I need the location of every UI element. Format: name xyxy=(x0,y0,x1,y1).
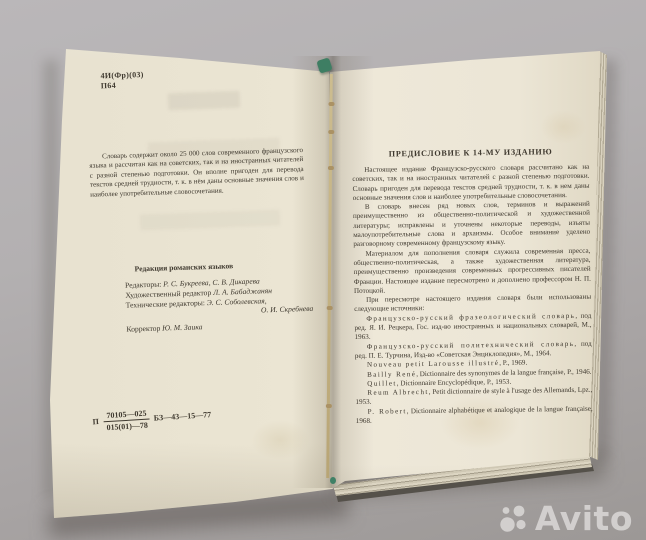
source-name: Quillet xyxy=(367,379,397,387)
credit-role: Технические редакторы: xyxy=(126,298,207,310)
thread-knot xyxy=(328,130,334,134)
source-entry: P. Robert, Dictionnaire alphabétique et … xyxy=(356,404,593,426)
credit-role: Корректор xyxy=(126,324,162,334)
preface-paragraph: Материалом для пополнения словаря служил… xyxy=(353,246,591,296)
credit-role: Редакторы: xyxy=(125,280,163,290)
source-details: , P., 1969. xyxy=(499,359,527,367)
page-stain xyxy=(250,420,310,460)
preface-title: ПРЕДИСЛОВИЕ К 14-МУ ИЗДАНИЮ xyxy=(352,147,589,159)
right-page-content: ПРЕДИСЛОВИЕ К 14-МУ ИЗДАНИЮ Настоящее из… xyxy=(352,147,593,427)
avito-logo-icon xyxy=(499,503,530,534)
source-details: , Dictionnaire Encyclopédique, P., 1953. xyxy=(397,378,512,388)
source-name: P. Robert xyxy=(368,407,407,416)
thread-knot xyxy=(328,102,334,106)
green-thread-bottom xyxy=(330,477,336,484)
credit-line: О. И. Скребнева xyxy=(261,304,316,316)
credit-names: Э. С. Соболевская, xyxy=(207,296,267,307)
preface-paragraph: Настоящее издание Французско-русского сл… xyxy=(352,163,589,203)
page-stain xyxy=(540,110,586,144)
formula-prefix: П xyxy=(92,417,99,426)
formula-suffix: БЗ—43—15—77 xyxy=(153,410,211,422)
source-name: Nouveau petit Larousse illustré xyxy=(367,359,499,369)
credit-names: О. И. Скребнева xyxy=(261,304,314,315)
avito-wordmark: Avito xyxy=(535,502,633,535)
formula-fraction: 70105—025015(01)—78 xyxy=(103,409,150,433)
editorial-heading: Редакция романских языков xyxy=(134,259,314,274)
credit-names: Ю. М. Заика xyxy=(162,323,203,333)
avito-watermark: Avito xyxy=(499,502,633,535)
classification-code: 4И(Фр)(03) П64 xyxy=(100,65,308,91)
source-name: Bailly René xyxy=(367,370,416,379)
thread-knot xyxy=(326,306,332,310)
left-page-content: 4И(Фр)(03) П64 Словарь содержит около 25… xyxy=(80,53,317,336)
thread-knot xyxy=(327,166,333,170)
source-name: Reum Albrecht xyxy=(367,388,428,397)
source-entry: Французско-русский фразеологический слов… xyxy=(354,311,591,342)
preface-paragraph: В словарь внесен ряд новых слов, термино… xyxy=(353,200,591,250)
annotation-text: Словарь содержит около 25 000 слов совре… xyxy=(89,146,304,200)
thread-knot xyxy=(325,404,331,408)
credits-block: Редакторы: Р. С. Букреева, С. В. Дикарев… xyxy=(125,275,317,335)
source-details: , Dictionnaire des synonymes de la langu… xyxy=(416,367,591,377)
book-photo-scene: 4И(Фр)(03) П64 Словарь содержит около 25… xyxy=(0,0,646,540)
